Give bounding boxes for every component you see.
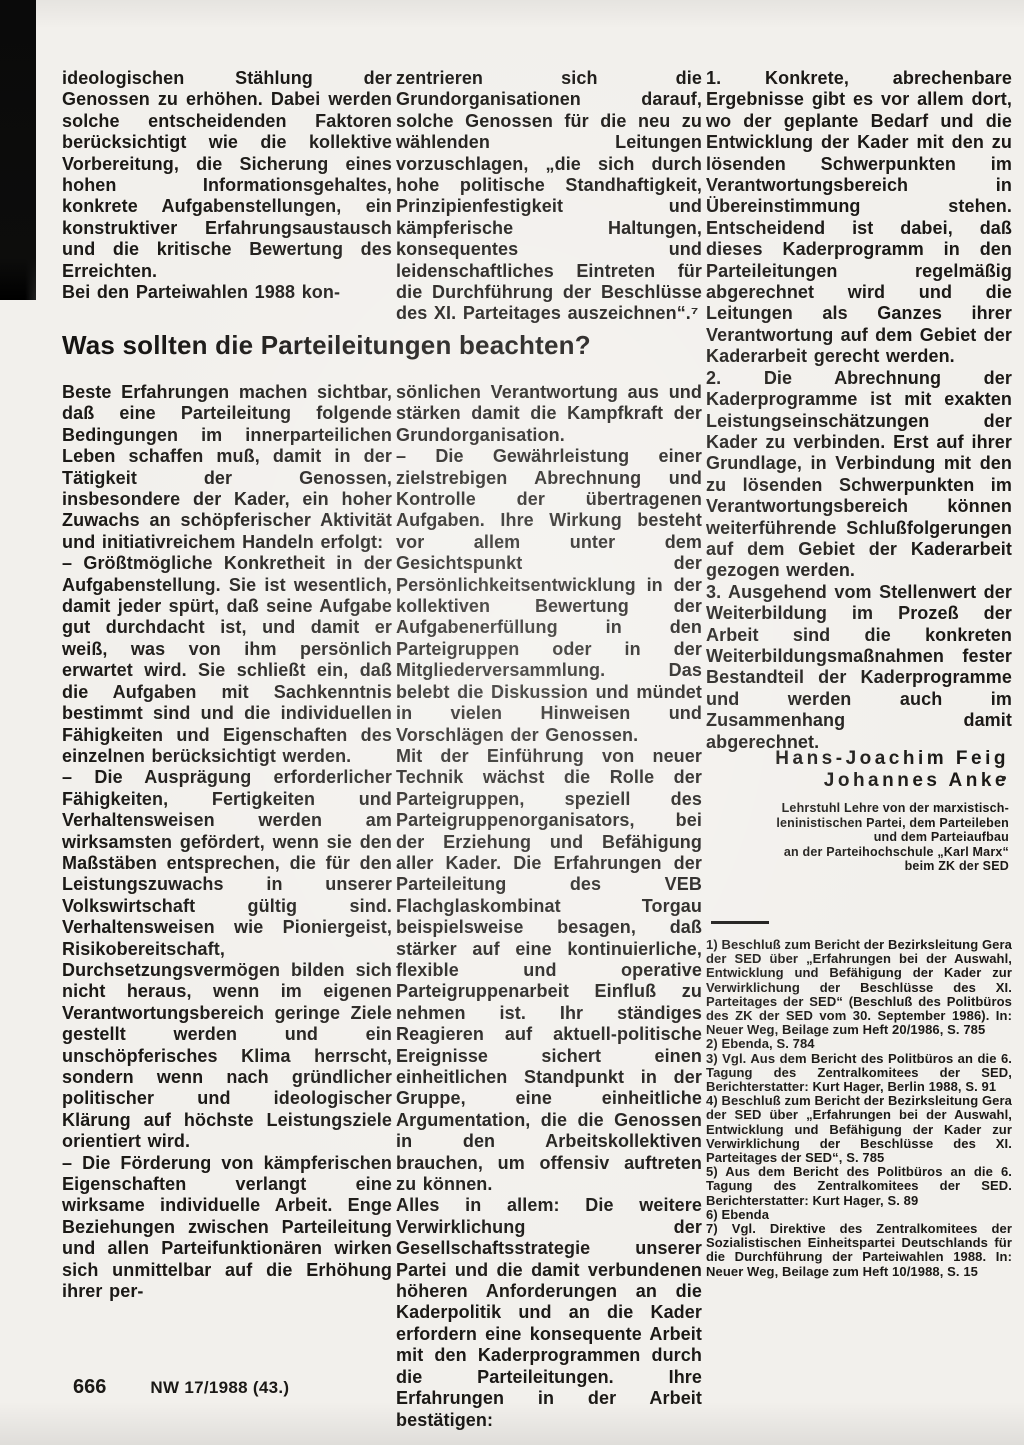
intro-column-left: ideologischen Stählung der Genossen zu e… [62, 68, 392, 303]
author-name: Hans-Joachim Feig [700, 748, 1009, 770]
paragraph: 1. Konkrete, abrechenbare Ergebnisse gib… [706, 68, 1012, 368]
issue-label: NW 17/1988 (43.) [150, 1378, 289, 1398]
paragraph: sönlichen Verantwortung aus und stärken … [396, 382, 702, 446]
author-names: Hans-Joachim FeigJohannes Anke [700, 748, 1009, 792]
intro-column-middle: zentrieren sich die Grundorganisationen … [396, 68, 702, 325]
paragraph: Bei den Parteiwahlen 1988 kon- [62, 282, 392, 303]
column-right-numbered-conclusions: 1. Konkrete, abrechenbare Ergebnisse gib… [706, 68, 1012, 753]
ink-dot-artifact [1002, 776, 1006, 780]
footnotes: 1) Beschluß zum Bericht der Bezirksleitu… [706, 938, 1012, 1279]
author-affiliation: Lehrstuhl Lehre von der marxistisch-leni… [700, 801, 1009, 874]
body-column-middle: sönlichen Verantwortung aus und stärken … [396, 382, 702, 1431]
affiliation-line: an der Parteihochschule „Karl Marx“ [700, 845, 1009, 860]
footnote: 7) Vgl. Direktive des Zentralkomitees de… [706, 1222, 1012, 1279]
paragraph: – Größtmögliche Konkretheit in der Aufga… [62, 553, 392, 767]
paragraph: – Die Ausprägung erforderlicher Fähigkei… [62, 767, 392, 1152]
footnote: 1) Beschluß zum Bericht der Bezirksleitu… [706, 938, 1012, 1037]
paragraph: 3. Ausgehend vom Stellenwert der Weiterb… [706, 582, 1012, 753]
footnote: 2) Ebenda, S. 784 [706, 1037, 1012, 1051]
affiliation-line: leninistischen Partei, dem Parteileben [700, 816, 1009, 831]
footnote: 3) Vgl. Aus dem Bericht des Politbüros a… [706, 1052, 1012, 1095]
paragraph: zentrieren sich die Grundorganisationen … [396, 68, 702, 325]
author-block: Hans-Joachim FeigJohannes Anke Lehrstuhl… [700, 748, 1009, 874]
body-column-left: Beste Erfahrungen machen sichtbar, daß e… [62, 382, 392, 1302]
magazine-page: ideologischen Stählung der Genossen zu e… [0, 0, 1024, 1445]
affiliation-line: beim ZK der SED [700, 859, 1009, 874]
page-footer: 666 NW 17/1988 (43.) [73, 1376, 289, 1399]
paragraph: – Die Förderung von kämpferischen Eigens… [62, 1153, 392, 1303]
footnote: 4) Beschluß zum Bericht der Bezirksleitu… [706, 1094, 1012, 1165]
affiliation-line: und dem Parteiaufbau [700, 830, 1009, 845]
paragraph: Alles in allem: Die weitere Verwirklichu… [396, 1195, 702, 1430]
footnote: 6) Ebenda [706, 1208, 1012, 1222]
scan-edge-artifact [0, 0, 36, 300]
author-name: Johannes Anke [700, 770, 1009, 792]
paragraph: – Die Gewährleistung einer zielstrebigen… [396, 446, 702, 746]
page-number: 666 [73, 1376, 106, 1399]
paragraph: ideologischen Stählung der Genossen zu e… [62, 68, 392, 282]
paragraph: Beste Erfahrungen machen sichtbar, daß e… [62, 382, 392, 553]
footnote: 5) Aus dem Bericht des Politbüros an die… [706, 1165, 1012, 1208]
paragraph: 2. Die Abrechnung der Kaderprogramme ist… [706, 368, 1012, 582]
paragraph: Mit der Einführung von neuer Technik wäc… [396, 746, 702, 1196]
affiliation-line: Lehrstuhl Lehre von der marxistisch- [700, 801, 1009, 816]
section-heading: Was sollten die Parteileitungen beachten… [62, 330, 722, 361]
footnote-divider [711, 921, 769, 924]
